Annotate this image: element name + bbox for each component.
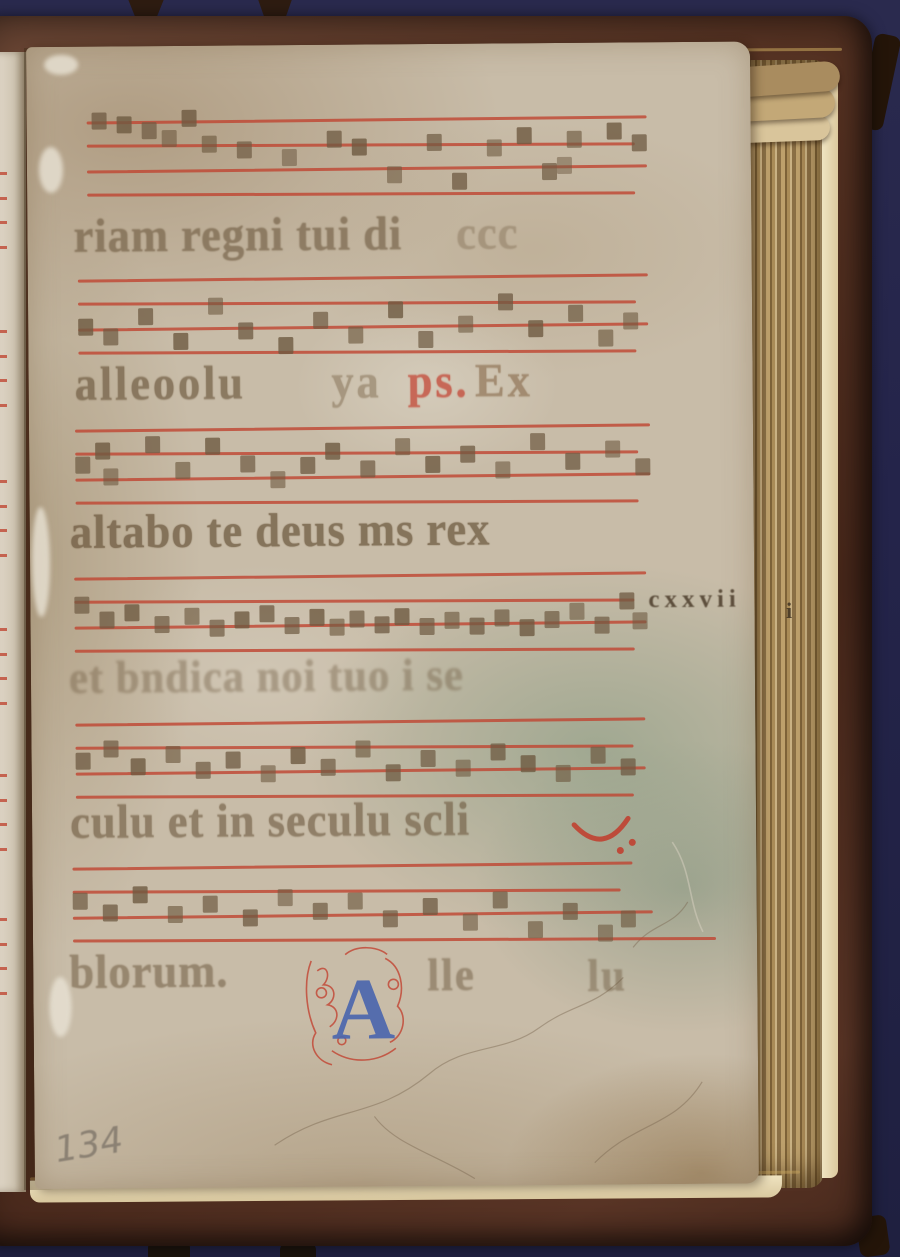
neume	[495, 461, 510, 478]
staff-line	[74, 571, 646, 580]
neume	[517, 127, 532, 144]
neume	[348, 326, 363, 343]
neume	[278, 889, 293, 906]
neume	[469, 618, 484, 635]
staff-line	[78, 300, 636, 305]
text-segment: lle	[427, 948, 476, 1001]
chant-text-line: lu	[587, 948, 627, 1001]
neume	[621, 758, 636, 775]
staff-line	[72, 862, 632, 871]
staff-line	[75, 423, 650, 432]
neume	[623, 312, 638, 329]
text-segment: ccc	[456, 205, 519, 260]
neume	[528, 320, 543, 337]
parchment-chip	[44, 55, 78, 75]
neume	[387, 166, 402, 183]
neume	[203, 896, 218, 913]
neume	[291, 747, 306, 764]
neume	[598, 925, 613, 942]
neume	[568, 305, 583, 322]
neume	[184, 608, 199, 625]
parchment-chip	[39, 147, 63, 193]
neume	[238, 322, 253, 339]
facing-staff-line-end	[0, 197, 7, 200]
facing-staff-line-end	[0, 992, 7, 995]
chant-text-line: et bndica noi tuo i se	[69, 648, 464, 704]
neume	[632, 134, 647, 151]
staff-line	[73, 888, 621, 893]
facing-staff-line-end	[0, 221, 7, 224]
neume	[76, 753, 91, 770]
neume	[321, 759, 336, 776]
neume	[388, 301, 403, 318]
staff-line	[78, 273, 648, 282]
neume	[284, 617, 299, 634]
facing-staff-line-end	[0, 379, 7, 382]
facing-staff-line-end	[0, 943, 7, 946]
neume	[327, 131, 342, 148]
neume	[75, 457, 90, 474]
neume	[493, 891, 508, 908]
staff-line	[74, 598, 634, 603]
chant-text-line: altabo te deus ms rex	[70, 502, 491, 560]
neume	[565, 453, 580, 470]
neume	[124, 604, 139, 621]
neume	[131, 758, 146, 775]
facing-staff-line-end	[0, 967, 7, 970]
neume	[240, 455, 255, 472]
neume	[243, 909, 258, 926]
text-segment: culu et in seculu scli	[70, 792, 470, 850]
neume	[313, 312, 328, 329]
parchment-chip	[32, 507, 51, 617]
neume	[619, 592, 634, 609]
neume	[202, 136, 217, 153]
neume	[374, 616, 389, 633]
staff-line	[78, 349, 636, 354]
neume	[460, 446, 475, 463]
neume	[557, 157, 572, 174]
neume	[563, 903, 578, 920]
neume	[165, 746, 180, 763]
neume	[208, 298, 223, 315]
neume	[173, 333, 188, 350]
neume	[154, 616, 169, 633]
illuminated-initial: A	[301, 940, 414, 1071]
initial-letter: A	[331, 961, 395, 1058]
neume	[598, 330, 613, 347]
neume	[309, 609, 324, 626]
facing-page-edge	[0, 52, 26, 1192]
facing-staff-line-end	[0, 330, 7, 333]
facing-staff-line-end	[0, 628, 7, 631]
neume	[427, 134, 442, 151]
neume	[95, 442, 110, 459]
neume	[423, 898, 438, 915]
neume	[145, 436, 160, 453]
neume	[425, 456, 440, 473]
neume	[278, 337, 293, 354]
neume	[444, 612, 459, 629]
facing-staff-line-end	[0, 774, 7, 777]
neume	[73, 893, 88, 910]
neume	[168, 906, 183, 923]
neume	[421, 750, 436, 767]
neume	[142, 122, 157, 139]
text-segment: lu	[587, 948, 627, 1001]
neume	[352, 138, 367, 155]
neume	[591, 747, 606, 764]
neume	[494, 609, 509, 626]
staff-line	[75, 717, 645, 726]
neume	[349, 610, 364, 627]
neume	[594, 617, 609, 634]
chant-text-line: culu et in seculu scli	[70, 792, 470, 850]
neume	[78, 319, 93, 336]
neume	[210, 620, 225, 637]
neume	[325, 443, 340, 460]
text-segment: alleoolu	[74, 355, 246, 411]
neume	[556, 765, 571, 782]
neume	[544, 611, 559, 628]
neume	[520, 619, 535, 636]
neume	[395, 438, 410, 455]
text-segment: ps.	[407, 354, 469, 409]
neume	[175, 462, 190, 479]
text-segment: Ex	[475, 353, 533, 408]
neume	[99, 611, 114, 628]
neume	[521, 755, 536, 772]
neume	[355, 740, 370, 757]
neume	[300, 457, 315, 474]
facing-staff-line-end	[0, 355, 7, 358]
facing-staff-line-end	[0, 653, 7, 656]
neume	[234, 611, 249, 628]
facing-staff-line-end	[0, 918, 7, 921]
red-flourish	[568, 810, 642, 863]
neume	[530, 433, 545, 450]
neume	[103, 740, 118, 757]
neume	[270, 471, 285, 488]
neume	[386, 764, 401, 781]
neume	[418, 331, 433, 348]
neume	[259, 605, 274, 622]
staff-line	[87, 191, 635, 196]
neume	[330, 619, 345, 636]
neume	[383, 910, 398, 927]
neume	[103, 904, 118, 921]
neume	[92, 113, 107, 130]
neume	[458, 316, 473, 333]
facing-staff-line-end	[0, 172, 7, 175]
facing-staff-line-end	[0, 677, 7, 680]
facing-staff-line-end	[0, 823, 7, 826]
chant-text-line: blorum.	[69, 944, 228, 1000]
neume	[632, 612, 647, 629]
text-segment: blorum.	[69, 944, 228, 1000]
neume	[569, 603, 584, 620]
neume	[133, 886, 148, 903]
neume	[567, 131, 582, 148]
neume	[463, 914, 478, 931]
neume	[237, 141, 252, 158]
neume	[605, 440, 620, 457]
facing-staff-line-end	[0, 246, 7, 249]
neume	[348, 893, 363, 910]
neume	[226, 751, 241, 768]
facing-staff-line-end	[0, 799, 7, 802]
chant-text-line: alleooluyaps.Ex	[74, 353, 532, 412]
chant-text-line: riam regni tui diccc	[73, 205, 518, 263]
neume	[103, 328, 118, 345]
neume	[282, 149, 297, 166]
neume	[498, 293, 513, 310]
text-segment: ya	[331, 354, 382, 409]
facing-staff-line-end	[0, 848, 7, 851]
neume	[162, 130, 177, 147]
neume	[313, 903, 328, 920]
neume	[487, 139, 502, 156]
facing-staff-line-end	[0, 505, 7, 508]
neume	[261, 765, 276, 782]
folio-roman-numeral-edge: i	[786, 598, 792, 624]
neume	[74, 597, 89, 614]
facing-staff-line-end	[0, 529, 7, 532]
neume	[635, 458, 650, 475]
facing-staff-line-end	[0, 702, 7, 705]
neume	[621, 910, 636, 927]
neume	[117, 116, 132, 133]
folio-roman-numeral: cxxvii	[648, 586, 741, 615]
under-leaf-edge	[822, 70, 838, 1178]
facing-staff-line-end	[0, 554, 7, 557]
neume	[420, 618, 435, 635]
neume	[542, 163, 557, 180]
manuscript-page: A cxxvii 134 riam regni tui dicccalleool…	[26, 41, 759, 1189]
neume	[360, 460, 375, 477]
neume	[607, 122, 622, 139]
pencil-page-number: 134	[52, 1119, 127, 1171]
staff-line	[87, 115, 647, 124]
neume	[205, 438, 220, 455]
text-segment: altabo te deus ms rex	[70, 502, 491, 560]
neume	[182, 110, 197, 127]
text-segment: et bndica noi tuo i se	[69, 648, 464, 704]
chant-text-line: lle	[427, 948, 476, 1001]
neume	[196, 762, 211, 779]
facing-staff-line-end	[0, 404, 7, 407]
text-segment: riam regni tui di	[73, 206, 402, 264]
neume	[528, 921, 543, 938]
neume	[456, 760, 471, 777]
facing-staff-line-end	[0, 480, 7, 483]
neume	[103, 468, 118, 485]
neume	[394, 608, 409, 625]
neume	[138, 308, 153, 325]
neume	[490, 743, 505, 760]
neume	[452, 173, 467, 190]
